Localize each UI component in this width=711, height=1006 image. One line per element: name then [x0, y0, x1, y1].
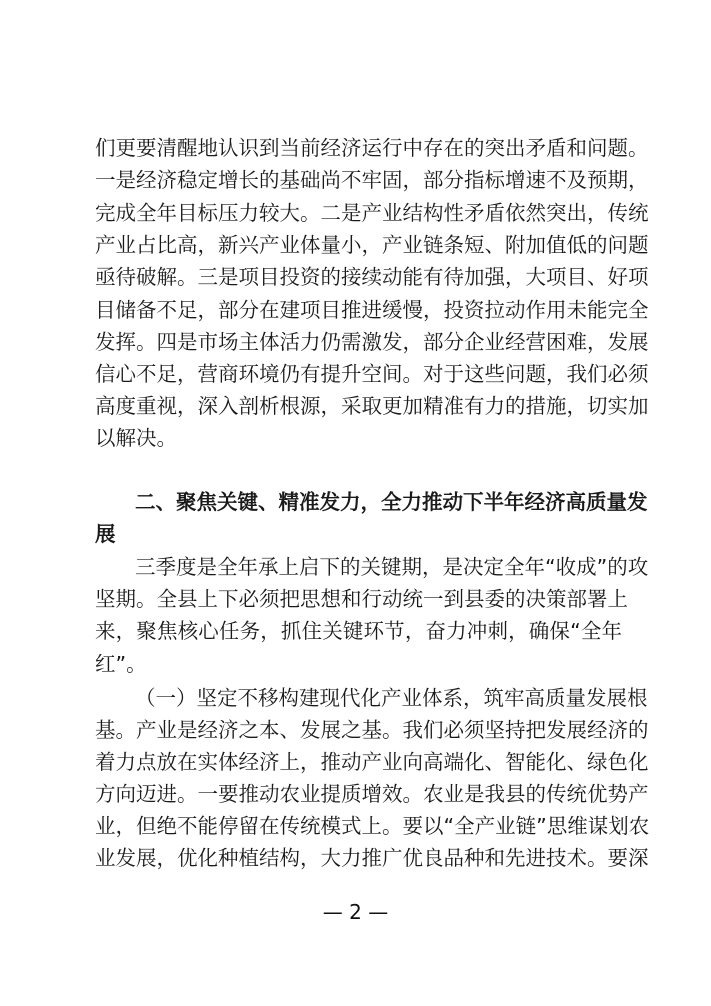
body-text-line: 坚期。全县上下必须把思想和行动统一到县委的决策部署上: [95, 584, 622, 614]
page-number: — 2 —: [0, 898, 711, 926]
body-text-line: 以解决。: [95, 423, 622, 453]
body-text-line: 产业占比高，新兴产业体量小，产业链条短、附加值低的问题: [95, 230, 622, 260]
body-text-line: 们更要清醒地认识到当前经济运行中存在的突出矛盾和问题。: [95, 133, 622, 163]
subsection-heading-line: （一）坚定不移构建现代化产业体系，筑牢高质量发展根: [135, 683, 622, 713]
body-text-line: 亟待破解。三是项目投资的接续动能有待加强，大项目、好项: [95, 262, 622, 292]
section-heading-continuation: 展: [95, 519, 622, 549]
body-text-line: 高度重视，深入剖析根源，采取更加精准有力的措施，切实加: [95, 391, 622, 421]
document-page: 们更要清醒地认识到当前经济运行中存在的突出矛盾和问题。 一是经济稳定增长的基础尚…: [0, 0, 711, 1006]
body-text-line: 发挥。四是市场主体活力仍需激发，部分企业经营困难，发展: [95, 327, 622, 357]
body-text-line: 红”。: [95, 649, 622, 679]
body-text-line: 业发展，优化种植结构，大力推广优良品种和先进技术。要深: [95, 843, 622, 873]
body-text-line: 三季度是全年承上启下的关键期，是决定全年“收成”的攻: [135, 552, 622, 582]
body-text-line: 业，但绝不能停留在传统模式上。要以“全产业链”思维谋划农: [95, 811, 622, 841]
body-text-line: 来，聚焦核心任务，抓住关键环节，奋力冲刺，确保“全年: [95, 616, 622, 646]
section-heading: 二、聚焦关键、精准发力，全力推动下半年经济高质量发: [135, 487, 622, 517]
body-text-line: 基。产业是经济之本、发展之基。我们必须坚持把发展经济的: [95, 715, 622, 745]
body-text-line: 完成全年目标压力较大。二是产业结构性矛盾依然突出，传统: [95, 198, 622, 228]
body-text-line: 目储备不足，部分在建项目推进缓慢，投资拉动作用未能完全: [95, 295, 622, 325]
body-text-line: 一是经济稳定增长的基础尚不牢固，部分指标增速不及预期，: [95, 165, 622, 195]
body-text-line: 信心不足，营商环境仍有提升空间。对于这些问题，我们必须: [95, 359, 622, 389]
body-text-line: 方向迈进。一要推动农业提质增效。农业是我县的传统优势产: [95, 779, 622, 809]
body-text-line: 着力点放在实体经济上，推动产业向高端化、智能化、绿色化: [95, 747, 622, 777]
